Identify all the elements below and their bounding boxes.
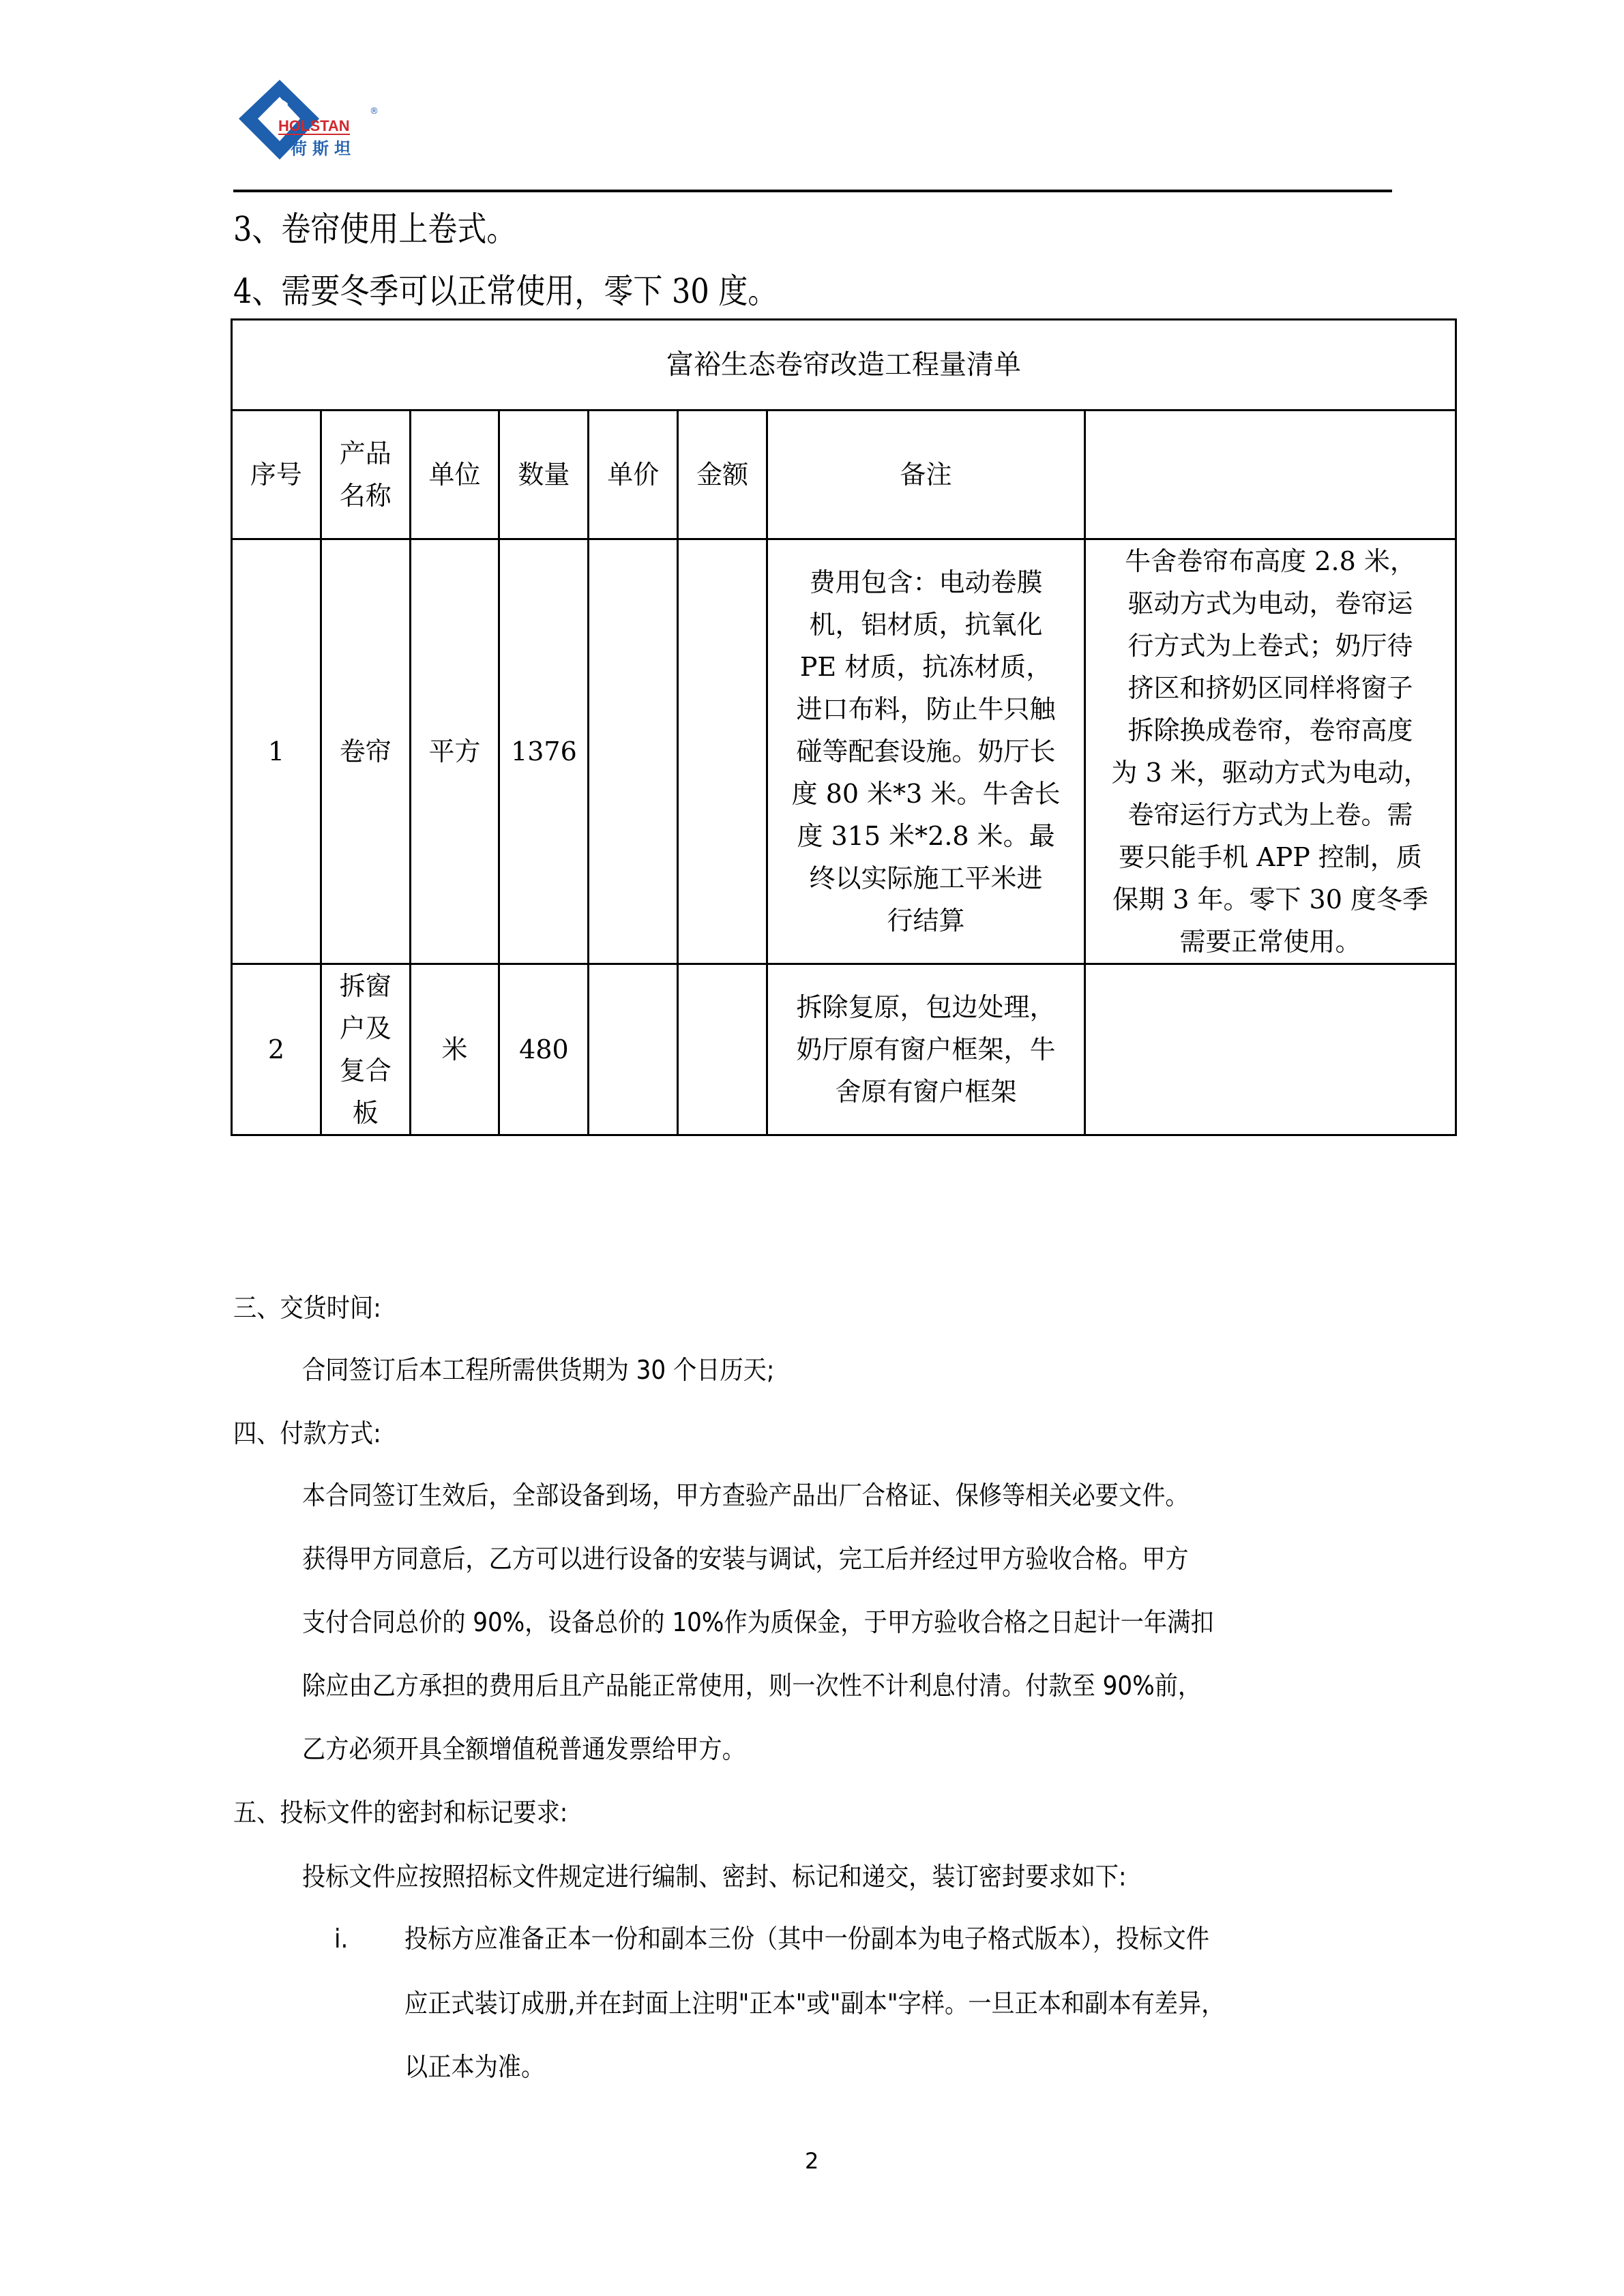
remark-line: 度 315 米*2.8 米。最 xyxy=(779,815,1073,857)
remark-line: 行结算 xyxy=(779,899,1073,942)
header-divider xyxy=(233,190,1392,192)
product-line: 复合 xyxy=(329,1049,402,1092)
col-header-index: 序号 xyxy=(232,411,321,539)
table-title-row: 富裕生态卷帘改造工程量清单 xyxy=(232,320,1456,411)
payment-line: 获得甲方同意后，乙方可以进行设备的安装与调试，完工后并经过甲方验收合格。甲方 xyxy=(302,1543,1189,1575)
requirement-4: 4、需要冬季可以正常使用，零下 30 度。 xyxy=(233,271,777,312)
col-header-remark: 备注 xyxy=(767,411,1085,539)
cell-remark: 费用包含：电动卷膜 机，铝材质，抗氧化 PE 材质，抗冻材质， 进口布料，防止牛… xyxy=(767,539,1085,964)
requirement-3: 3、卷帘使用上卷式。 xyxy=(233,209,516,250)
extra-line: 拆除换成卷帘，卷帘高度 xyxy=(1097,709,1444,751)
section-payment-heading: 四、付款方式: xyxy=(233,1418,381,1449)
col-header-amount: 金额 xyxy=(678,411,767,539)
cell-unit: 平方 xyxy=(410,539,499,964)
table-title: 富裕生态卷帘改造工程量清单 xyxy=(232,320,1456,411)
extra-line: 卷帘运行方式为上卷。需 xyxy=(1097,794,1444,836)
remark-line: PE 材质，抗冻材质， xyxy=(779,646,1073,688)
cell-amount xyxy=(678,964,767,1135)
col-header-product-line1: 产品 xyxy=(329,432,402,475)
remark-line: 碰等配套设施。奶厅长 xyxy=(779,730,1073,773)
col-header-product: 产品 名称 xyxy=(321,411,410,539)
cell-product: 拆窗 户及 复合 板 xyxy=(321,964,410,1135)
registered-mark: ® xyxy=(370,106,379,117)
list-item-line: 应正式装订成册,并在封面上注明"正本"或"副本"字样。一旦正本和副本有差异， xyxy=(404,1988,1224,2019)
list-marker: i. xyxy=(334,1923,348,1954)
remark-line: 费用包含：电动卷膜 xyxy=(779,561,1073,603)
extra-line: 要只能手机 APP 控制，质 xyxy=(1097,836,1444,878)
product-line: 户及 xyxy=(329,1007,402,1049)
remark-line: 舍原有窗户框架 xyxy=(779,1071,1073,1113)
cell-product: 卷帘 xyxy=(321,539,410,964)
logo-text-cn: 荷斯坦 xyxy=(291,135,356,159)
cell-remark: 拆除复原，包边处理， 奶厅原有窗户框架，牛 舍原有窗户框架 xyxy=(767,964,1085,1135)
cell-extra-remark: 牛舍卷帘布高度 2.8 米， 驱动方式为电动，卷帘运 行方式为上卷式；奶厅待 挤… xyxy=(1085,539,1456,964)
payment-line: 支付合同总价的 90%，设备总价的 10%作为质保金，于甲方验收合格之日起计一年… xyxy=(302,1607,1214,1638)
cell-index: 2 xyxy=(232,964,321,1135)
section-delivery-body: 合同签订后本工程所需供货期为 30 个日历天; xyxy=(302,1354,774,1386)
cell-quantity: 1376 xyxy=(499,539,589,964)
col-header-product-line2: 名称 xyxy=(329,475,402,517)
col-header-unit-price: 单价 xyxy=(589,411,678,539)
remark-line: 进口布料，防止牛只触 xyxy=(779,688,1073,730)
section-bid-sealing-heading: 五、投标文件的密封和标记要求: xyxy=(233,1797,567,1828)
payment-line: 本合同签订生效后，全部设备到场，甲方查验产品出厂合格证、保修等相关必要文件。 xyxy=(302,1480,1189,1511)
company-logo: ® HOLSTAN 荷斯坦 xyxy=(232,76,389,165)
cell-unit-price xyxy=(589,964,678,1135)
page-number: 2 xyxy=(805,2148,818,2174)
extra-line: 为 3 米，驱动方式为电动， xyxy=(1097,751,1444,794)
remark-line: 奶厅原有窗户框架，牛 xyxy=(779,1028,1073,1071)
payment-line: 除应由乙方承担的费用后且产品能正常使用，则一次性不计利息付清。付款至 90%前， xyxy=(302,1670,1201,1701)
extra-line: 保期 3 年。零下 30 度冬季 xyxy=(1097,878,1444,921)
cell-unit-price xyxy=(589,539,678,964)
col-header-quantity: 数量 xyxy=(499,411,589,539)
extra-line: 挤区和挤奶区同样将窗子 xyxy=(1097,667,1444,709)
table-header-row: 序号 产品 名称 单位 数量 单价 金额 备注 xyxy=(232,411,1456,539)
cell-unit: 米 xyxy=(410,964,499,1135)
remark-line: 度 80 米*3 米。牛舍长 xyxy=(779,773,1073,815)
bill-of-quantities-table: 富裕生态卷帘改造工程量清单 序号 产品 名称 单位 数量 单价 金额 备注 1 … xyxy=(231,318,1457,1136)
cell-amount xyxy=(678,539,767,964)
payment-line: 乙方必须开具全额增值税普通发票给甲方。 xyxy=(302,1733,745,1765)
list-item-line: 以正本为准。 xyxy=(404,2051,544,2083)
table-row: 1 卷帘 平方 1376 费用包含：电动卷膜 机，铝材质，抗氧化 PE 材质，抗… xyxy=(232,539,1456,964)
section-delivery-heading: 三、交货时间: xyxy=(233,1292,381,1324)
remark-line: 拆除复原，包边处理， xyxy=(779,986,1073,1028)
list-item-line: 投标方应准备正本一份和副本三份（其中一份副本为电子格式版本），投标文件 xyxy=(404,1923,1209,1954)
cell-extra-remark xyxy=(1085,964,1456,1135)
extra-line: 牛舍卷帘布高度 2.8 米， xyxy=(1097,540,1444,582)
extra-line: 驱动方式为电动，卷帘运 xyxy=(1097,582,1444,625)
col-header-unit: 单位 xyxy=(410,411,499,539)
table-row: 2 拆窗 户及 复合 板 米 480 拆除复原，包边处理， 奶厅原有窗户框架，牛… xyxy=(232,964,1456,1135)
product-line: 板 xyxy=(329,1092,402,1134)
extra-line: 需要正常使用。 xyxy=(1097,921,1444,963)
col-header-extra xyxy=(1085,411,1456,539)
extra-line: 行方式为上卷式；奶厅待 xyxy=(1097,625,1444,667)
remark-line: 终以实际施工平米进 xyxy=(779,857,1073,899)
cell-quantity: 480 xyxy=(499,964,589,1135)
cell-index: 1 xyxy=(232,539,321,964)
remark-line: 机，铝材质，抗氧化 xyxy=(779,603,1073,646)
bid-sealing-intro: 投标文件应按照招标文件规定进行编制、密封、标记和递交，装订密封要求如下: xyxy=(302,1861,1127,1892)
logo-text-en: HOLSTAN xyxy=(278,119,350,135)
product-line: 拆窗 xyxy=(329,965,402,1007)
